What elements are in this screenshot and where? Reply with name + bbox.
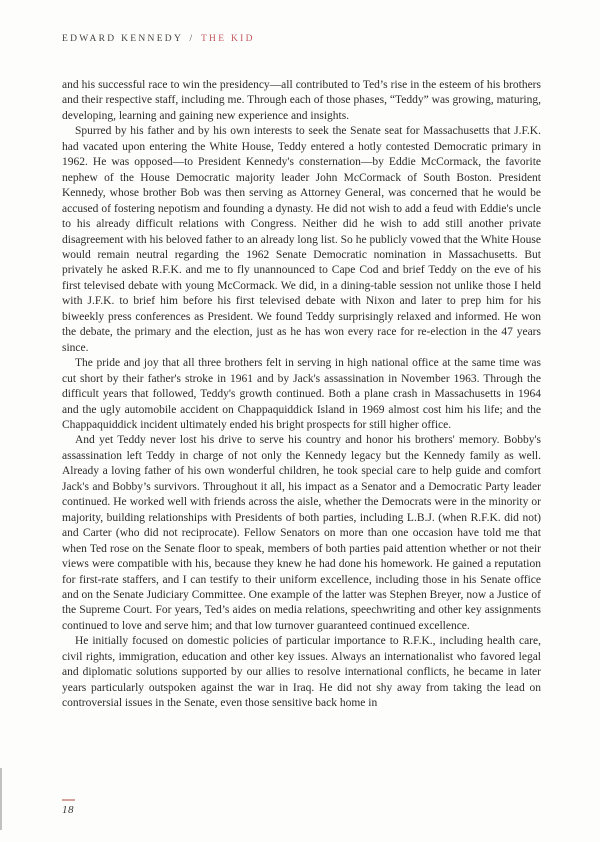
book-page: EDWARD KENNEDY / THE KID and his success… <box>0 0 600 842</box>
paragraph: and his successful race to win the presi… <box>62 78 541 124</box>
page-footer: 18 <box>62 799 75 816</box>
scan-edge-artifact <box>0 768 2 830</box>
paragraph: And yet Teddy never lost his drive to se… <box>62 433 541 634</box>
paragraph: He initially focused on domestic policie… <box>62 634 541 711</box>
book-title: EDWARD KENNEDY <box>62 34 183 44</box>
folio-rule <box>62 799 75 801</box>
page-number: 18 <box>62 804 75 816</box>
running-header: EDWARD KENNEDY / THE KID <box>62 34 255 44</box>
paragraph: The pride and joy that all three brother… <box>62 356 541 433</box>
header-separator: / <box>187 34 196 44</box>
chapter-title: THE KID <box>201 34 255 44</box>
page-body: and his successful race to win the presi… <box>62 78 541 712</box>
paragraph: Spurred by his father and by his own int… <box>62 124 541 356</box>
